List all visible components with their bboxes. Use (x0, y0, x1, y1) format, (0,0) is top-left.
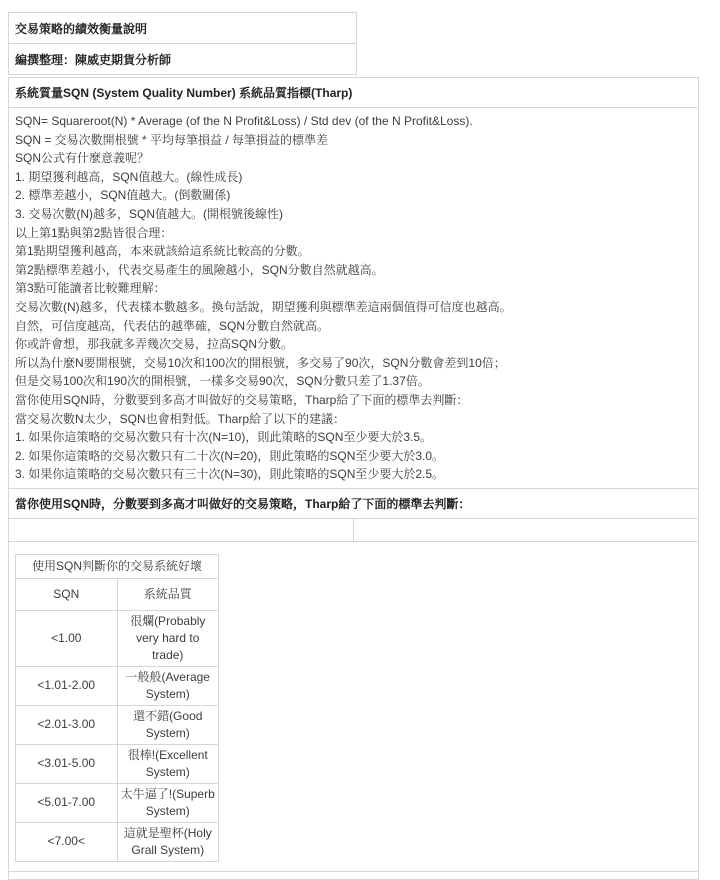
text-line: 但是交易100次和190次的開根號，一樣多交易90次，SQN分數只差了1.37倍… (15, 372, 690, 391)
rating-row: <1.00很爛(Probably very hard to trade) (16, 610, 219, 666)
empty-row (9, 518, 699, 541)
table-row: 使用SQN判斷你的交易系統好壞 (16, 554, 219, 578)
main-content-table: 系統質量SQN (System Quality Number) 系統品質指標(T… (8, 77, 699, 880)
bottom-spacer-row (9, 871, 699, 879)
text-line: 第2點標準差越小，代表交易產生的風險越小，SQN分數自然就越高。 (15, 261, 690, 280)
text-line: 所以為什麼N要開根號，交易10次和100次的開根號，多交易了90次，SQN分數會… (15, 354, 690, 373)
doc-author: 編撰整理：陳威吏期貨分析師 (9, 44, 357, 75)
text-line: 3. 交易次數(N)越多，SQN值越大。(開根號後線性) (15, 205, 690, 224)
table-header-row: SQN 系統品質 (16, 578, 219, 610)
doc-title: 交易策略的績效衡量說明 (9, 13, 357, 44)
text-line: 第3點可能讀者比較難理解： (15, 279, 690, 298)
system-quality-cell: 太牛逼了!(Superb System) (117, 783, 219, 822)
column-header-sqn: SQN (16, 578, 118, 610)
rating-table-title: 使用SQN判斷你的交易系統好壞 (16, 554, 219, 578)
sqn-range-cell: <3.01-5.00 (16, 744, 118, 783)
text-line: SQN公式有什麼意義呢？ (15, 149, 690, 168)
rating-table-container: 使用SQN判斷你的交易系統好壞 SQN 系統品質 <1.00很爛(Probabl… (9, 541, 699, 871)
text-line: 自然，可信度越高，代表估的越準確，SQN分數自然就高。 (15, 317, 690, 336)
document-page: 交易策略的績效衡量說明 編撰整理：陳威吏期貨分析師 系統質量SQN (Syste… (0, 0, 720, 880)
sqn-explanation-text: SQN= Squareroot(N) * Average (of the N P… (9, 108, 699, 489)
sqn-rating-table: 使用SQN判斷你的交易系統好壞 SQN 系統品質 <1.00很爛(Probabl… (15, 554, 219, 862)
text-line: 1. 如果你這策略的交易次數只有十次(N=10)，則此策略的SQN至少要大於3.… (15, 428, 690, 447)
empty-cell (9, 518, 354, 541)
title-table: 交易策略的績效衡量說明 編撰整理：陳威吏期貨分析師 (8, 12, 357, 75)
table-row: 編撰整理：陳威吏期貨分析師 (9, 44, 357, 75)
text-line: 2. 標準差越小，SQN值越大。(倒數關係) (15, 186, 690, 205)
column-header-quality: 系統品質 (117, 578, 219, 610)
table-row: SQN= Squareroot(N) * Average (of the N P… (9, 108, 699, 489)
empty-cell (9, 871, 699, 879)
text-line: 你或許會想，那我就多弄幾次交易，拉高SQN分數。 (15, 335, 690, 354)
rating-row: <3.01-5.00很棒!(Excellent System) (16, 744, 219, 783)
text-line: 交易次數(N)越多，代表樣本數越多。換句話說，期望獲利與標準差這兩個值得可信度也… (15, 298, 690, 317)
table-row: 當你使用SQN時，分數要到多高才叫做好的交易策略，Tharp給了下面的標準去判斷… (9, 488, 699, 518)
sqn-range-cell: <5.01-7.00 (16, 783, 118, 822)
table-row: 使用SQN判斷你的交易系統好壞 SQN 系統品質 <1.00很爛(Probabl… (9, 541, 699, 871)
table-row: 交易策略的績效衡量說明 (9, 13, 357, 44)
rating-row: <7.00<這就是聖杯(Holy Grall System) (16, 822, 219, 861)
text-line: 3. 如果你這策略的交易次數只有三十次(N=30)，則此策略的SQN至少要大於2… (15, 465, 690, 484)
system-quality-cell: 還不錯(Good System) (117, 705, 219, 744)
text-line: 第1點期望獲利越高，本來就該給這系統比較高的分數。 (15, 242, 690, 261)
sqn-range-cell: <1.01-2.00 (16, 666, 118, 705)
sqn-range-cell: <7.00< (16, 822, 118, 861)
text-line: SQN= Squareroot(N) * Average (of the N P… (15, 112, 690, 131)
sqn-range-cell: <2.01-3.00 (16, 705, 118, 744)
text-line: 當交易次數N太少，SQN也會相對低。Tharp給了以下的建議： (15, 410, 690, 429)
text-line: 2. 如果你這策略的交易次數只有二十次(N=20)，則此策略的SQN至少要大於3… (15, 447, 690, 466)
rating-row: <1.01-2.00一般般(Average System) (16, 666, 219, 705)
text-line: SQN = 交易次數開根號 * 平均每筆損益 / 每筆損益的標準差 (15, 131, 690, 150)
system-quality-cell: 很棒!(Excellent System) (117, 744, 219, 783)
system-quality-cell: 很爛(Probably very hard to trade) (117, 610, 219, 666)
rating-row: <5.01-7.00太牛逼了!(Superb System) (16, 783, 219, 822)
rating-row: <2.01-3.00還不錯(Good System) (16, 705, 219, 744)
system-quality-cell: 一般般(Average System) (117, 666, 219, 705)
text-line: 1. 期望獲利越高，SQN值越大。(線性成長) (15, 168, 690, 187)
section-subheader: 當你使用SQN時，分數要到多高才叫做好的交易策略，Tharp給了下面的標準去判斷… (9, 488, 699, 518)
text-line: 以上第1點與第2點皆很合理： (15, 224, 690, 243)
table-row: 系統質量SQN (System Quality Number) 系統品質指標(T… (9, 78, 699, 108)
sqn-range-cell: <1.00 (16, 610, 118, 666)
system-quality-cell: 這就是聖杯(Holy Grall System) (117, 822, 219, 861)
text-line: 當你使用SQN時，分數要到多高才叫做好的交易策略，Tharp給了下面的標準去判斷… (15, 391, 690, 410)
section-header: 系統質量SQN (System Quality Number) 系統品質指標(T… (9, 78, 699, 108)
empty-cell (354, 518, 699, 541)
